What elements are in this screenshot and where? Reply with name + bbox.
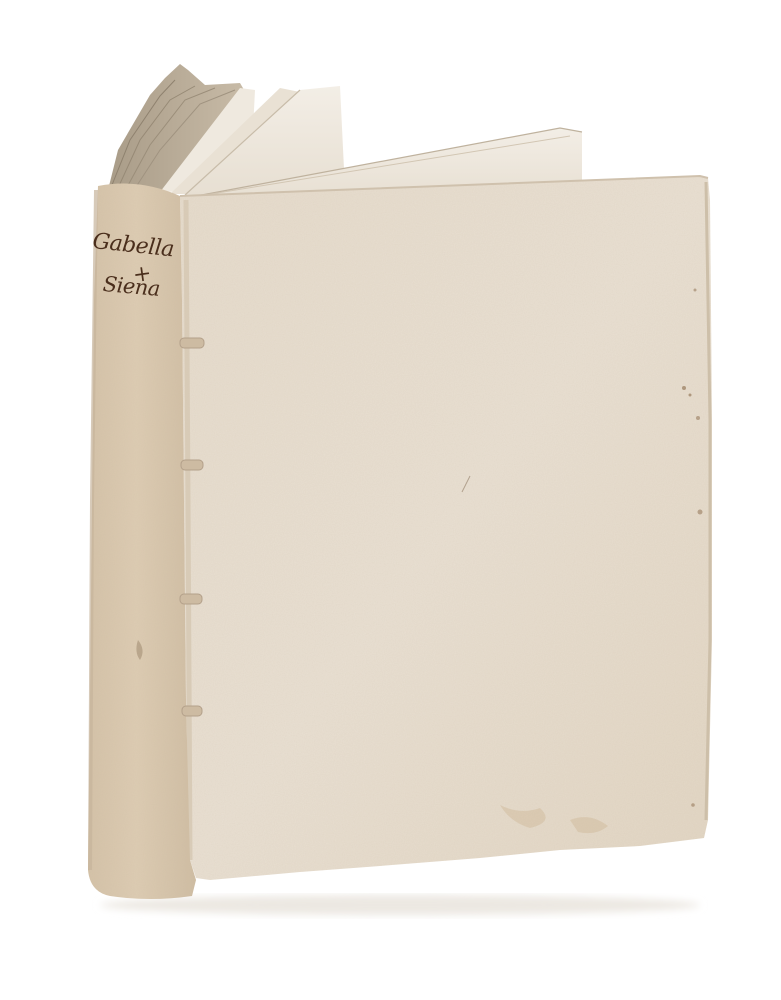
page-block (108, 64, 582, 200)
ground-shadow (100, 895, 700, 915)
book-photo: Gabella + Siena (0, 0, 781, 1000)
front-cover (180, 176, 712, 880)
vellum-book-illustration (0, 0, 781, 1000)
spine-inscription-line2: Siena (102, 272, 161, 301)
